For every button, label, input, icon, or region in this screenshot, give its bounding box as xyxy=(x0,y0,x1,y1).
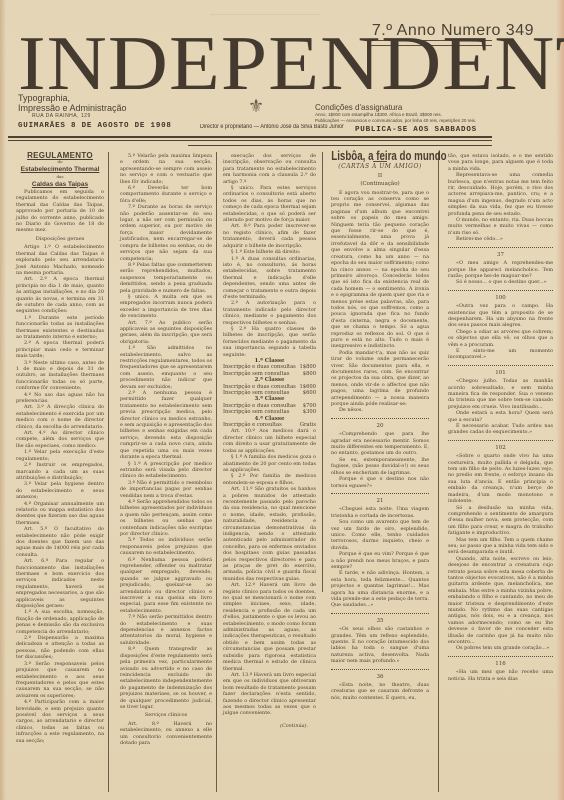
entry-paragraph: «Ha um mez que não recebo uma noticia. H… xyxy=(448,669,553,682)
entry-paragraph: Chego a odiar as arvores que cobrem; os … xyxy=(448,329,553,348)
paragraph: 2.º A epoca thermal poderá principiar ma… xyxy=(16,340,104,359)
fee-value: $800 xyxy=(303,371,316,377)
paragraph: Art. 3.º A direcção clinica do estabelec… xyxy=(16,404,104,430)
entry-paragraph: Quando, alta noite, escrevo ou leio, des… xyxy=(448,556,553,646)
entry-paragraph: Porque é que eu vim? Porque é que a não … xyxy=(331,551,429,570)
dotted-separator xyxy=(448,365,553,366)
paragraph: 8.º Quem transgredir as disposições d'es… xyxy=(120,646,212,710)
dotted-separator xyxy=(331,613,429,614)
paragraph: 3.º Serão responsaveis pelos prejuizos q… xyxy=(16,661,104,699)
dotted-separator xyxy=(448,656,553,657)
dotted-separator xyxy=(331,418,429,419)
entry-paragraph: Porque é que o destino nos não tornou eg… xyxy=(331,476,429,489)
paragraph: E agora vou mostrar-te, para que o teu c… xyxy=(331,190,429,350)
paragraph: 1.º Durante este periodo funccionarão to… xyxy=(16,315,104,341)
paragraph: 1.º São admittidos no estabelecimento, s… xyxy=(120,345,212,390)
section-heading: Disposições geraes xyxy=(16,236,104,242)
cartas-subtitle: (CARTAS A UM AMIGO) xyxy=(331,164,429,170)
paragraph: 4.º Participarão com a maior brevidade, … xyxy=(16,699,104,744)
paragraph: 2.º A nenhuma pessoa é permittido fazer … xyxy=(120,390,212,460)
paragraph: Podia mandar-t'a, mas não as quiz tirar … xyxy=(331,350,429,408)
entry-number: 37 xyxy=(448,252,553,258)
roman-numeral: II xyxy=(331,173,429,179)
paragraph: 4.º Serão apprehendidos todos os bilhete… xyxy=(120,499,212,537)
typography-line: Typographia, xyxy=(18,93,127,103)
paragraph: 1.º Velar pela execução d'este regulamen… xyxy=(16,449,104,462)
paragraph: Artigo 1.º O estabelecimento thermal das… xyxy=(16,244,104,276)
paragraph: 2.º Dispensarão a maxima delicadeza e at… xyxy=(16,635,104,661)
paragraph: 1.º A duas consultas ordinarias, isto é,… xyxy=(223,256,316,301)
paragraph: 6.º Nenhuma pessoa poderá reprehender, o… xyxy=(120,557,212,615)
entry-number: 100 xyxy=(448,295,553,301)
intro-paragraph: Publicamos em seguida o regulamento do e… xyxy=(16,189,104,234)
paragraph: Art. 6.º Para regular o funccionamento d… xyxy=(16,558,104,609)
publication-date: GUIMARÃES 8 DE AGOSTO DE 1908 xyxy=(18,122,172,130)
paragraph: 4.º No uso das aguas não ha preferencias… xyxy=(16,392,104,405)
paragraph: De nêsos. xyxy=(331,407,429,413)
entry-number: 36 xyxy=(331,674,429,680)
paragraph: § 1.º A familia dos medicos goza o abati… xyxy=(223,454,316,473)
paragraph: Art. 2.º A epoca thermal principia no di… xyxy=(16,276,104,314)
fee-value: $600 xyxy=(303,390,316,396)
paragraph: 6.º Deverão ter bom comportamento durant… xyxy=(120,185,212,204)
paragraph: 3.º Neste ultimo caso, antes de 1 de mai… xyxy=(16,360,104,392)
entry-paragraph: «Os seus olhos são castanhos e grandes. … xyxy=(331,626,429,664)
entry-paragraph: tão, que estava isolado, e o me sentido … xyxy=(448,153,553,172)
entry-paragraph: Representava-se uma comedia burlesca, qu… xyxy=(448,172,553,217)
continuacao-label: (Continuação) xyxy=(331,181,429,187)
paragraph: 1.º A sua escolha, nomeação, fixação de … xyxy=(16,609,104,635)
masthead-title: INDEPENDENTE xyxy=(18,28,564,98)
regulamento-subtitle: Estabelecimento Thermal xyxy=(16,167,104,173)
paragraph: Art. 7.º Ao publico serão applicaveis as… xyxy=(120,320,212,346)
entry-number: 35 xyxy=(331,618,429,624)
entry-paragraph: E sinto-me um momento incomparavel.» xyxy=(448,348,553,361)
paragraph: Art. 12.º Haverá um livro de registo cli… xyxy=(223,582,316,672)
column-3: execução dos serviços de inscripção, obs… xyxy=(223,153,316,729)
column-rule xyxy=(322,152,323,592)
entry-paragraph: «Comprehendo que para lhe agradar era ne… xyxy=(331,431,429,457)
column-4: Lisbôa, a feira do mundo (CARTAS A UM AM… xyxy=(331,153,429,701)
newspaper-page: 7.º Anno Numero 349 INDEPENDENTE Typogra… xyxy=(0,0,564,800)
section-heading: Serviços clinicos xyxy=(120,712,212,718)
address-line: RUA DA RAINHA, 129 xyxy=(32,113,127,119)
column-rule xyxy=(216,152,217,792)
paragraph: 2.º Instruir os empregados, marcando a c… xyxy=(16,462,104,481)
entry-paragraph: Só a desilusão na minha vida, comprehend… xyxy=(448,505,553,537)
entry-paragraph: Só é nosso... o que o destino quer...» xyxy=(448,279,553,285)
fee-item: Inscripção sem consultas xyxy=(223,409,289,415)
entry-paragraph: É tarde, e não adivinça. Hontem, a esta … xyxy=(331,570,429,608)
dotted-separator xyxy=(448,440,553,441)
dotted-separator xyxy=(331,493,429,494)
connector-text: do xyxy=(16,159,104,165)
dotted-separator xyxy=(448,290,553,291)
column-1: REGULAMENTO do Estabelecimento Thermal d… xyxy=(16,153,104,744)
paragraph: § 2.º Por familia de medicos entendem-se… xyxy=(223,473,316,486)
paragraph: 7.º Durante as horas de serviço não pode… xyxy=(120,204,212,262)
paragraph: execução dos serviços de inscripção, obs… xyxy=(223,153,316,185)
fleuron-icon: ⚜ xyxy=(248,96,264,117)
fee-value: $300 xyxy=(303,409,316,415)
entry-paragraph: «Cheguei esta noite. Uma viagem tristonh… xyxy=(331,506,429,519)
dotted-separator xyxy=(448,247,553,248)
paragraph: § unico. A multa em que os empregados in… xyxy=(120,294,212,320)
entry-number: 116 xyxy=(448,661,553,667)
paragraph: 2.º A autorização para o tratamento indi… xyxy=(223,300,316,326)
administration-line: Impressão e Administração xyxy=(18,103,127,113)
entry-paragraph: «Chegou julho. Todas as manhãs acordo so… xyxy=(448,378,553,410)
continua-note: (Continúa). xyxy=(223,723,308,729)
paragraph: 5.º Todos os individuos serão responsave… xyxy=(120,537,212,556)
entry-paragraph: Os pobres tem um grande coração...» xyxy=(448,645,553,651)
typography-info: Typographia, Impressão e Administração R… xyxy=(18,93,127,119)
paragraph: § 1.º A prescripção por medico estranho … xyxy=(120,461,212,480)
entry-paragraph: «O meu amigo A reprehendeu-me porque lhe… xyxy=(448,260,553,279)
paragraph: 5.º Velarão pela maxima limpeza e ordem … xyxy=(120,153,212,185)
column-rule xyxy=(438,152,439,792)
column-rule xyxy=(108,152,109,792)
paragraph: Art. 8.º Haverá no estabelecimento, ou a… xyxy=(120,721,212,747)
subscription-conditions: Condições d'assignatura Anno, 1$000 com … xyxy=(315,103,476,124)
entry-paragraph: Sou como um avarento que tem de vez um f… xyxy=(331,519,429,551)
paragraph: 4.º Organisar annualmente um relatorio o… xyxy=(16,501,104,527)
paragraph: Art. 13.º Haverá um livro especial em qu… xyxy=(223,672,316,717)
entry-number: 20 xyxy=(331,423,429,429)
entry-number: 21 xyxy=(331,498,429,504)
entry-paragraph: Retirei-me cêdo...» xyxy=(448,236,553,242)
dotted-separator xyxy=(331,669,429,670)
regulamento-subtitle-2: Caldas das Taipas xyxy=(16,182,104,188)
entry-paragraph: Onde estará a esta hora? Quem será que a… xyxy=(448,410,553,423)
entry-paragraph: Se eu, extemporaneamente, lhe fugisse, (… xyxy=(331,457,429,476)
connector-text: das xyxy=(16,174,104,180)
paragraph: Art. 4.º Ao director clinico compete, al… xyxy=(16,430,104,449)
paragraph: Art. 11.º São gratuitos os banhos a pobr… xyxy=(223,486,316,582)
paragraph: Art. 10.º Aos medicos dará o director cl… xyxy=(223,428,316,454)
director-line: Director e proprietario — Antonio José d… xyxy=(200,124,344,130)
lisboa-title: Lisbôa, a feira do mundo xyxy=(331,153,429,159)
entry-paragraph: «Outra vez para o campo. Ha existencias … xyxy=(448,303,553,329)
column-2: 5.º Velarão pela maxima limpeza e ordem … xyxy=(120,153,212,746)
fee-table: 1.ª ClasseInscripção e duas consultas1$8… xyxy=(223,358,316,428)
paragraph: § 2.º Ha quatro classes de bilhetes de i… xyxy=(223,326,316,358)
entry-number: 101 xyxy=(448,370,553,376)
entry-number: 102 xyxy=(448,445,553,451)
publication-schedule: PUBLICA-SE AOS SABBADOS xyxy=(355,126,477,134)
conditions-title: Condições d'assignatura xyxy=(315,103,476,112)
paragraph: 8.º Pelas faltas que commetterem serão r… xyxy=(120,262,212,294)
entry-paragraph: É necessario acabar. Tudo ardeu nas gran… xyxy=(448,423,553,436)
fee-row: Inscripção sem consultas$300 xyxy=(223,409,316,415)
entry-paragraph: «Esta noite, no theatro, duas creaturas … xyxy=(331,682,429,701)
paragraph: Art. 9.º Para poder inscrever-se no regi… xyxy=(223,223,316,249)
entry-paragraph: «Sobre o quarto onde vivo ha uma costure… xyxy=(448,453,553,504)
paragraph: § unico. Para estes serviços ordinarios … xyxy=(223,185,316,223)
column-5: tão, que estava isolado, e o me sentido … xyxy=(448,153,553,682)
entry-paragraph: O mundo, no entanto, ria. Duas boccas mu… xyxy=(448,217,553,236)
paragraph: 3.º Velar pela hygiene dentro do estabel… xyxy=(16,481,104,500)
paragraph: 3.º Não é permittido o reembolso de impo… xyxy=(120,480,212,499)
paragraph: 7.º Não serão permittidos dentro do esta… xyxy=(120,614,212,646)
entry-paragraph: Mas tem um filho. Tem a quem chame seu; … xyxy=(448,537,553,556)
paragraph: Art. 5.º O facultativo do estabeleciment… xyxy=(16,526,104,558)
